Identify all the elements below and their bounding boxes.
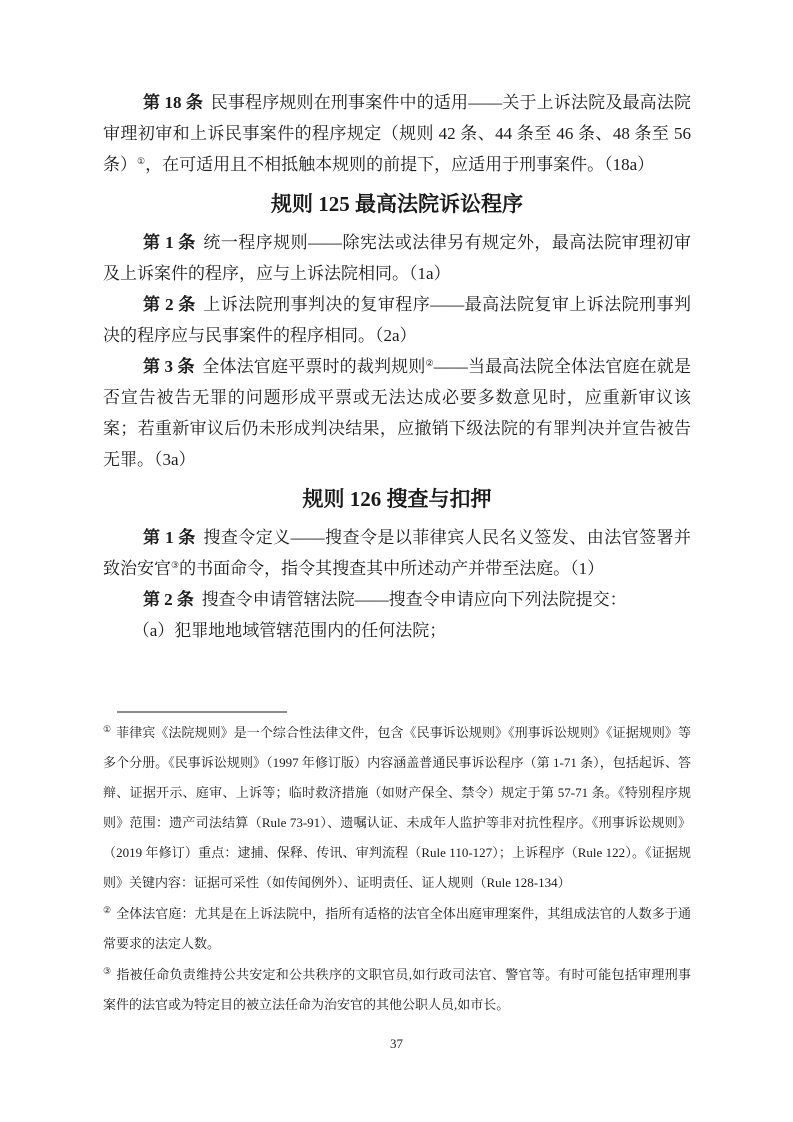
footnote-3-marker: ③ [103,966,111,976]
rule-126-article-1-number: 第 1 条 [143,528,196,547]
article-18-number: 第 18 条 [143,93,203,112]
footnote-ref-2: ② [426,358,434,368]
rule-125-heading: 规则 125 最高法院诉讼程序 [103,189,691,220]
rule-125-article-2: 第 2 条上诉法院刑事判决的复审程序——最高法院复审上诉法院刑事判决的程序应与民… [103,289,691,351]
rule-126-article-2-text: 搜查令申请管辖法院——搜查令申请应向下列法院提交： [202,590,627,609]
rule-125-article-3-text: 全体法官庭平票时的裁判规则 [202,357,425,376]
rule-126-heading: 规则 126 搜查与扣押 [103,484,691,515]
footnote-3-text: 指被任命负责维持公共安定和公共秩序的文职官员,如行政司法官、警官等。有时可能包括… [103,967,691,1012]
footnote-2: ②全体法官庭：尤其是在上诉法院中，指所有适格的法官全体出庭审理案件，其组成法官的… [103,899,691,959]
rule-125-article-1: 第 1 条统一程序规则——除宪法或法律另有规定外，最高法院审理初审及上诉案件的程… [103,227,691,289]
footnote-1-text: 菲律宾《法院规则》是一个综合性法律文件，包含《民事诉讼规则》《刑事诉讼规则》《证… [103,725,691,890]
rule-126-article-2: 第 2 条搜查令申请管辖法院——搜查令申请应向下列法院提交： [103,584,691,615]
footnote-2-marker: ② [103,905,111,915]
rule-126-article-1: 第 1 条搜查令定义——搜查令是以菲律宾人民名义签发、由法官签署并致治安官③的书… [103,522,691,584]
rule-126-article-2-number: 第 2 条 [143,590,194,609]
rule-125-article-1-number: 第 1 条 [143,233,196,252]
footnote-ref-3: ③ [171,560,179,570]
rule-125-article-3: 第 3 条全体法官庭平票时的裁判规则②——当最高法院全体法官庭在就是否宣告被告无… [103,351,691,475]
article-18-paragraph: 第 18 条民事程序规则在刑事案件中的适用——关于上诉法院及最高法院审理初审和上… [103,87,691,180]
footnote-2-text: 全体法官庭：尤其是在上诉法院中，指所有适格的法官全体出庭审理案件，其组成法官的人… [103,906,691,951]
footnote-separator [117,711,287,713]
footnote-1-marker: ① [103,724,111,734]
document-page: 第 18 条民事程序规则在刑事案件中的适用——关于上诉法院及最高法院审理初审和上… [0,0,793,1122]
page-number: 37 [0,1036,793,1052]
footnote-1: ①菲律宾《法院规则》是一个综合性法律文件，包含《民事诉讼规则》《刑事诉讼规则》《… [103,718,691,898]
article-18-text-tail: ，在可适用且不相抵触本规则的前提下，应适用于刑事案件。（18a） [145,155,654,174]
rule-125-article-2-number: 第 2 条 [143,295,196,314]
footnote-ref-1: ① [137,156,145,166]
rule-126-article-1-tail: 的书面命令，指令其搜查其中所述动产并带至法庭。（1） [179,559,604,578]
rule-125-article-3-number: 第 3 条 [143,357,195,376]
footnote-3: ③指被任命负责维持公共安定和公共秩序的文职官员,如行政司法官、警官等。有时可能包… [103,960,691,1020]
document-content: 第 18 条民事程序规则在刑事案件中的适用——关于上诉法院及最高法院审理初审和上… [0,0,793,646]
rule-126-item-a: （a）犯罪地地域管辖范围内的任何法院； [103,615,691,646]
footnotes-section: ①菲律宾《法院规则》是一个综合性法律文件，包含《民事诉讼规则》《刑事诉讼规则》《… [0,711,793,1020]
